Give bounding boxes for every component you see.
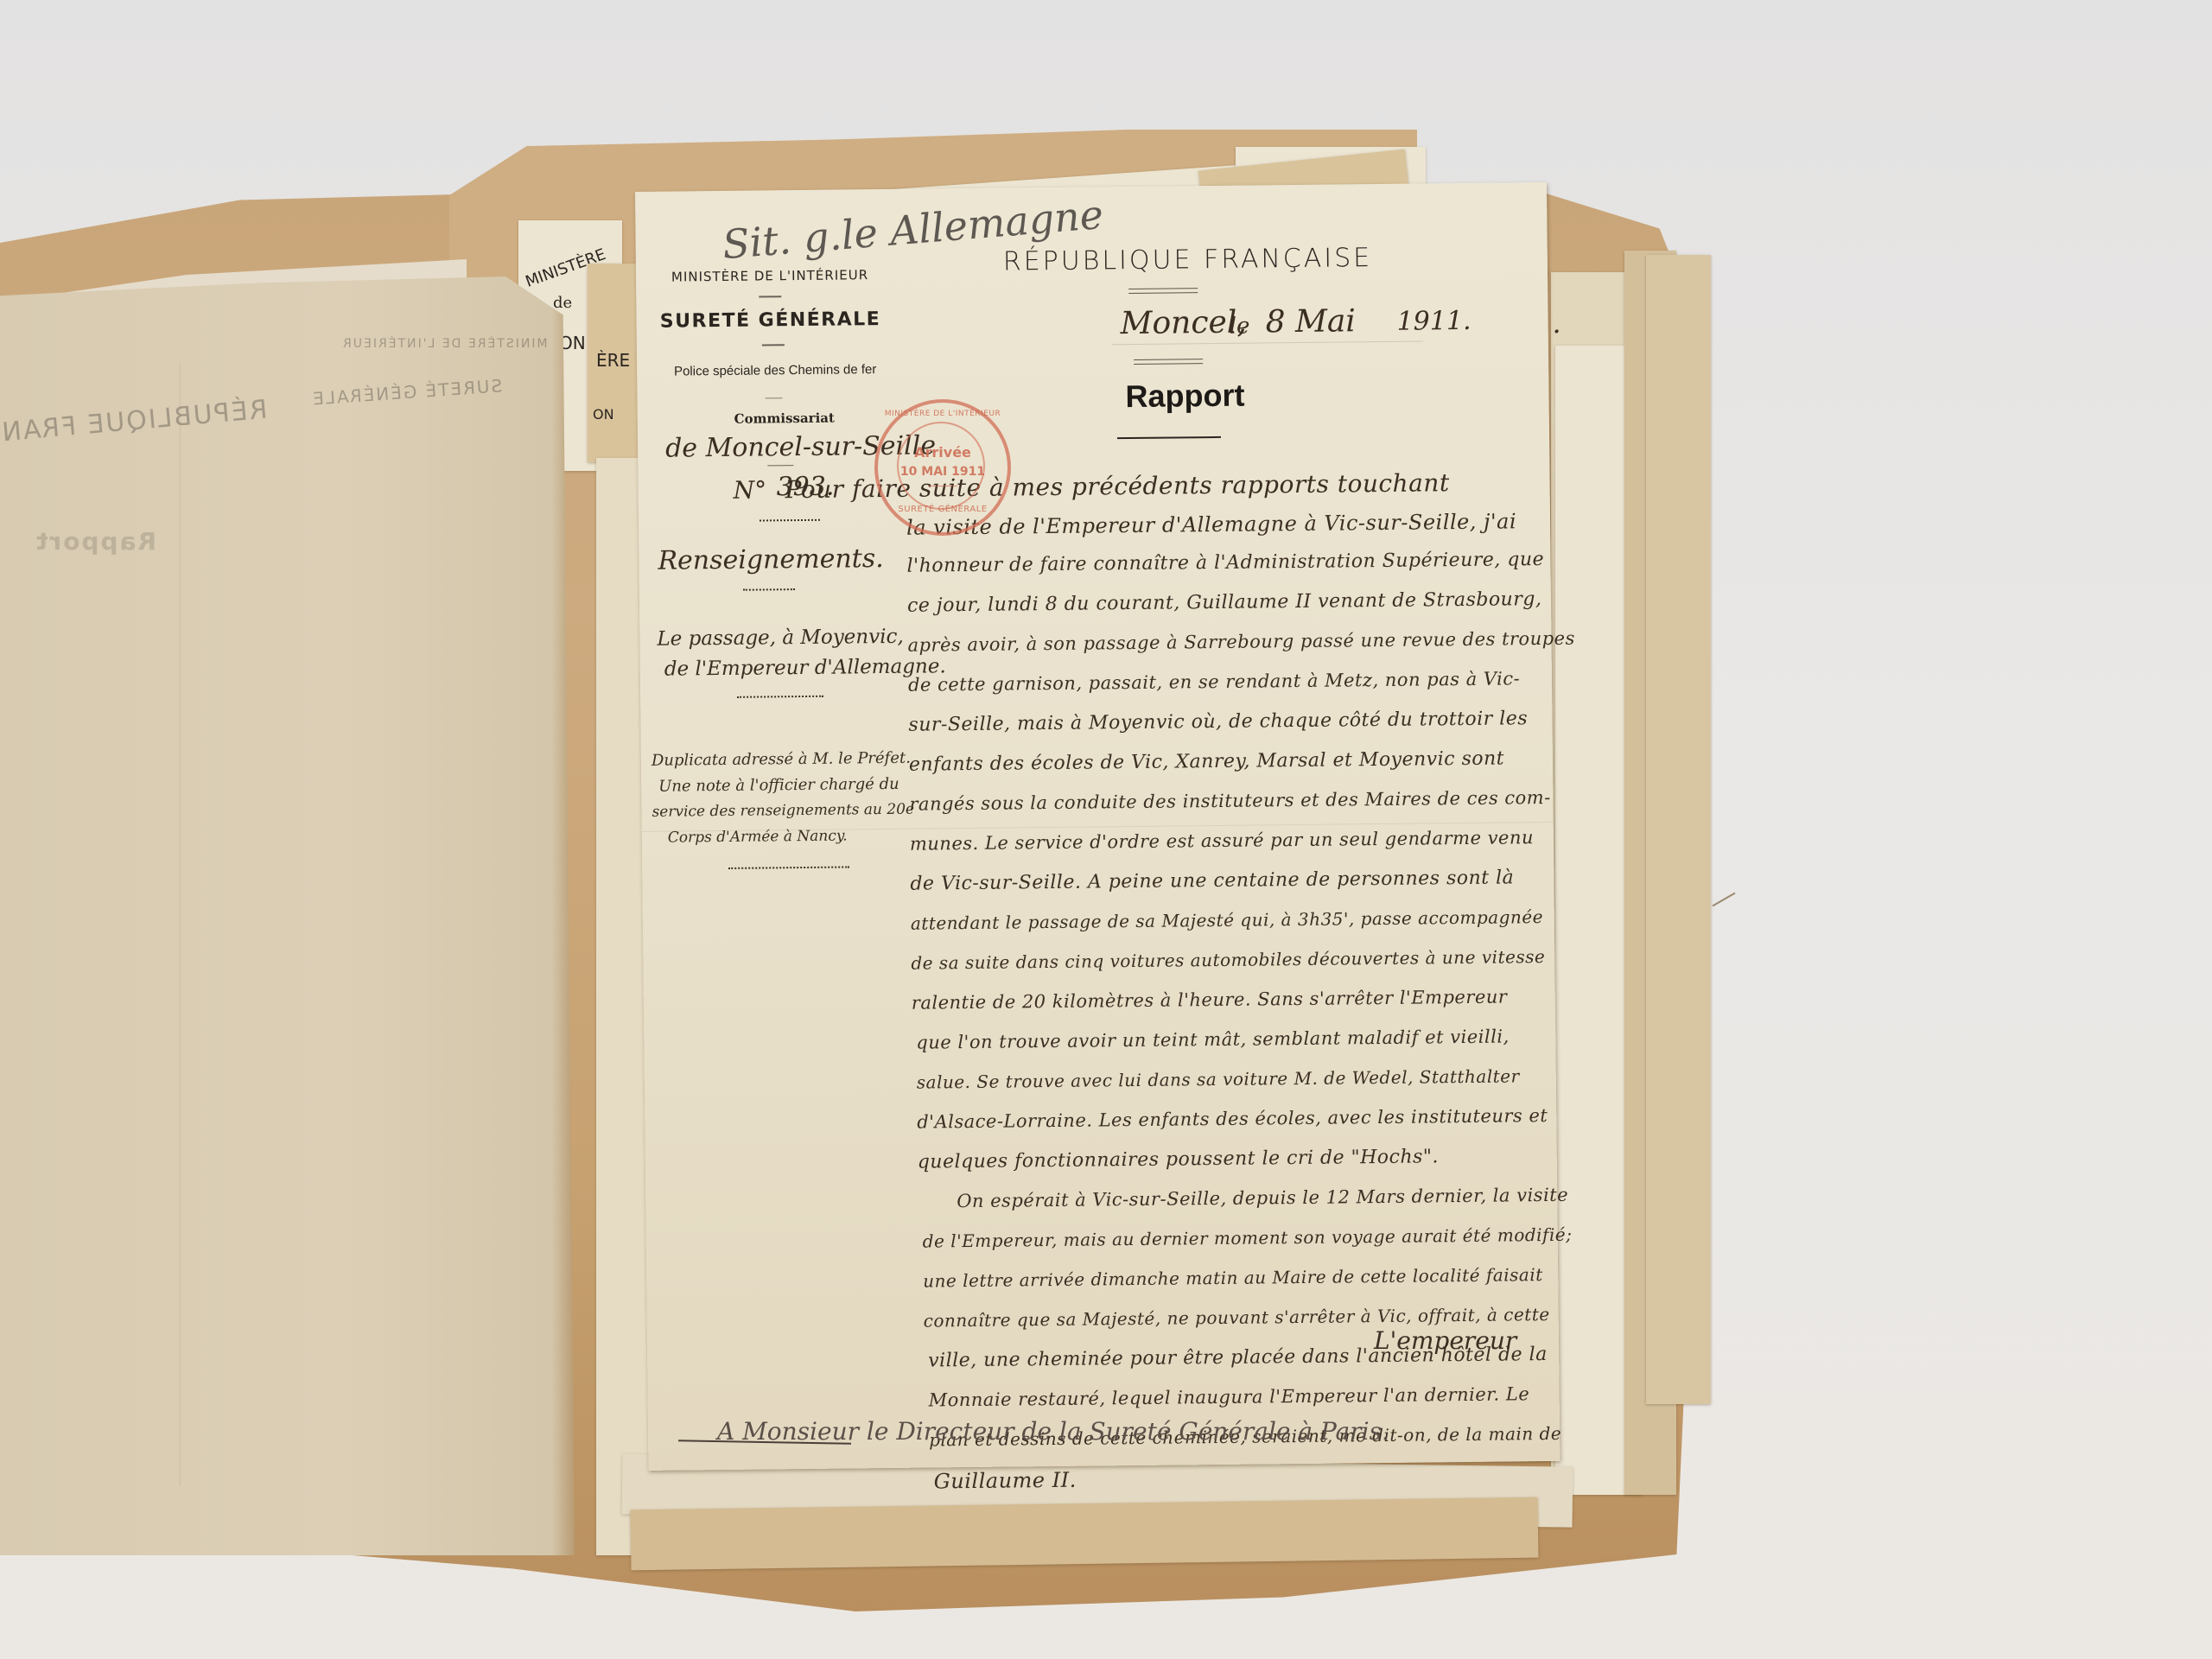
- ornamental-rule: [1128, 288, 1198, 294]
- signature: L'empereur: [1374, 1326, 1516, 1355]
- ornamental-rule: [1134, 359, 1203, 365]
- margin-subject-line-2: de l'Empereur d'Allemagne.: [664, 655, 946, 680]
- background-sheet-fragment: de: [553, 294, 572, 312]
- background-sheet-fragment: ÈRE: [596, 350, 630, 371]
- report-date-prefix: le: [1230, 314, 1250, 340]
- stamp-ornament: [928, 486, 957, 486]
- title-underline: [1117, 436, 1221, 439]
- margin-note-line-2: Une note à l'officier chargé du: [658, 775, 899, 796]
- report-title: Rapport: [1125, 378, 1244, 415]
- report-place: Moncel,: [1120, 305, 1247, 342]
- arrival-stamp: MINISTÈRE DE L'INTÉRIEUR Arrivée 10 MAI …: [874, 399, 1011, 536]
- divider: [766, 397, 783, 398]
- wavy-divider: [760, 517, 820, 522]
- mirrored-republique-text: RÉPUBLIQUE FRAN: [0, 395, 269, 448]
- report-year: 1911.: [1396, 306, 1471, 337]
- commissariat-label: Commissariat: [672, 410, 897, 428]
- margin-note-line-3: service des renseignements au 20e: [652, 801, 914, 821]
- margin-note-line-1: Duplicata adressé à M. le Préfet.: [652, 749, 911, 770]
- divider: [759, 296, 781, 297]
- wavy-divider: [743, 586, 795, 591]
- mirrored-ministry-text: MINISTÈRE DE L'INTÉRIEUR: [341, 337, 548, 351]
- republic-heading: RÉPUBLIQUE FRANÇAISE: [1003, 243, 1373, 276]
- margin-note-line-4: Corps d'Armée à Nancy.: [668, 827, 848, 846]
- date-baseline: [1112, 340, 1423, 345]
- stamp-label: Arrivée: [878, 444, 1007, 461]
- ministry-heading: MINISTÈRE DE L'INTÉRIEUR: [671, 267, 869, 284]
- background-sheet-fragment: ON: [593, 406, 614, 423]
- report-date: 8 Mai: [1265, 303, 1356, 340]
- mirrored-rapport-text: Rapport: [35, 527, 156, 556]
- left-open-page: MINISTÈRE DE L'INTÉRIEUR SURETÉ GÉNÉRALE…: [0, 276, 575, 1555]
- report-sheet: Sit. g.le Allemagne MINISTÈRE DE L'INTÉR…: [635, 182, 1560, 1471]
- stamp-bottom-arc: SURETÉ GÉNÉRALE: [878, 505, 1007, 514]
- margin-category: Renseignements.: [658, 543, 884, 576]
- divider: [767, 465, 793, 466]
- divider: [762, 344, 785, 346]
- wavy-divider: [728, 863, 849, 868]
- department-heading: SURETÉ GÉNÉRALE: [653, 308, 887, 333]
- mirrored-surete-text: SURETÉ GÉNÉRALE: [310, 375, 502, 409]
- stamp-date: 10 MAI 1911: [878, 465, 1007, 479]
- stamp-top-arc: MINISTÈRE DE L'INTÉRIEUR: [878, 410, 1007, 418]
- service-heading: Police spéciale des Chemins de fer: [654, 362, 896, 379]
- background-sheet: [631, 1497, 1539, 1571]
- wavy-divider: [737, 693, 823, 698]
- page-fold-crease: [180, 363, 181, 1486]
- address-line: A Monsieur le Directeur de la Sureté Gén…: [717, 1417, 1389, 1446]
- report-number-label: N°: [733, 475, 766, 504]
- margin-subject-line-1: Le passage, à Moyenvic,: [657, 626, 904, 651]
